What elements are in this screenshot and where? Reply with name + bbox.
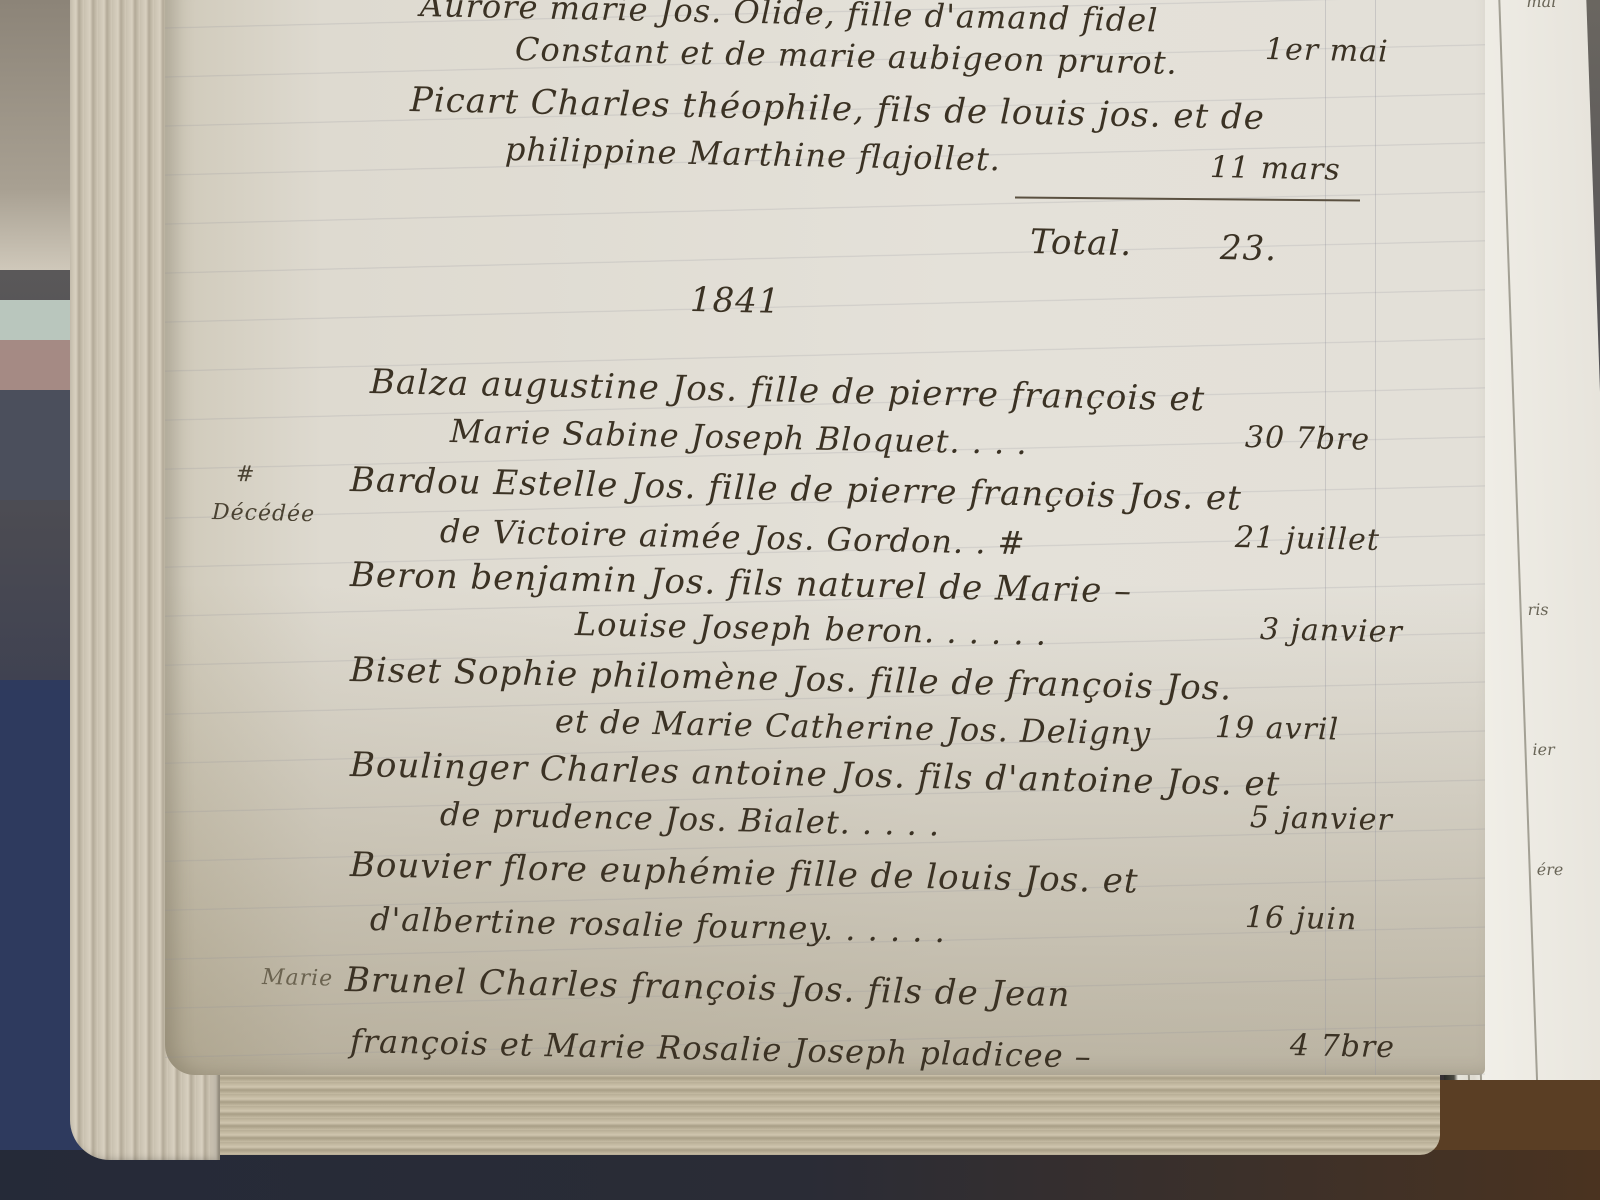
entry-date: 3 janvier xyxy=(1260,612,1403,650)
year-heading: 1841 xyxy=(690,280,781,322)
page-edges-bottom xyxy=(120,1070,1440,1155)
entry-date: 16 juin xyxy=(1245,900,1358,937)
adjacent-page-text: ier xyxy=(1532,740,1555,759)
entry-date: 30 7bre xyxy=(1245,420,1371,458)
entry-date: 5 janvier xyxy=(1250,800,1393,838)
adjacent-page-text: ére xyxy=(1536,860,1563,879)
total-value: 23. xyxy=(1220,228,1278,269)
margin-mark: # xyxy=(236,462,256,487)
entry-date: 11 mars xyxy=(1210,150,1341,188)
entry-date: 19 avril xyxy=(1215,710,1340,748)
adjacent-page-text: ris xyxy=(1527,600,1549,619)
total-label: Total. xyxy=(1030,222,1133,264)
entry-date: 1er mai xyxy=(1265,32,1389,70)
adjacent-page-text: mai xyxy=(1526,0,1556,11)
entry-date: 21 juillet xyxy=(1235,520,1381,558)
photo-scene: mai ris ier ére Aurore marie Jos. Olide,… xyxy=(0,0,1600,1200)
entry-date: 4 7bre xyxy=(1290,1028,1396,1065)
margin-note: Marie xyxy=(262,965,334,991)
margin-note: Décédée xyxy=(212,500,316,527)
background-table xyxy=(0,1150,1600,1200)
